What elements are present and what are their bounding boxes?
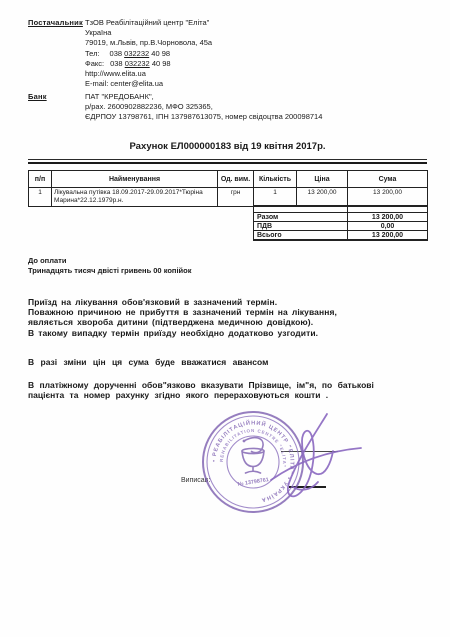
item-qty: 1 [254, 188, 297, 207]
subtotal-label: Разом [254, 213, 348, 222]
note-line: В платіжному дорученні обов"язково вказу… [28, 380, 374, 390]
amount-in-words: Тринадцять тисяч двісті гривень 00 копій… [28, 266, 191, 276]
supplier-website: http://www.elita.ua [85, 69, 212, 79]
divider-thin [28, 159, 427, 160]
totals-table: Разом 13 200,00 ПДВ 0,00 Всього 13 200,0… [253, 205, 428, 241]
items-table: п/п Найменування Од. вим. Кількість Ціна… [28, 170, 428, 207]
supplier-phone: Тел:038 032232 40 98 [85, 49, 212, 59]
payment-block: До оплати Тринадцять тисяч двісті гривен… [28, 256, 191, 275]
supplier-info: ТзОВ Реабілітаційний центр "Еліта" Украї… [85, 18, 212, 89]
bank-label: Банк [28, 92, 47, 101]
totals-row-grand: Всього 13 200,00 [254, 231, 428, 241]
item-price: 13 200,00 [297, 188, 348, 207]
payment-label: До оплати [28, 256, 191, 266]
vat-label: ПДВ [254, 222, 348, 231]
totals-row-subtotal: Разом 13 200,00 [254, 213, 428, 222]
vat-value: 0,00 [348, 222, 428, 231]
bank-account: р/рах. 2600902882236, МФО 325365, [85, 102, 322, 112]
note-line: Поважною причиною не прибуття в зазначен… [28, 307, 337, 317]
stamp-outer-circle [203, 412, 303, 512]
note-line: В такому випадку термін приїзду необхідн… [28, 328, 337, 338]
col-header-sum: Сума [348, 171, 428, 188]
totals-spacer-row [254, 206, 428, 213]
invoice-page: Постачальник ТзОВ Реабілітаційний центр … [0, 0, 450, 637]
bank-name: ПАТ "КРЕДОБАНК", [85, 92, 322, 102]
supplier-fax: Факс:038 032232 40 98 [85, 59, 212, 69]
item-num: 1 [29, 188, 52, 207]
hygieia-bowl-icon [242, 438, 264, 473]
supplier-address: 79019, м.Львів, пр.В.Чорновола, 45а [85, 38, 212, 48]
note-advance: В разі зміни цін ця сума буде вважатися … [28, 357, 268, 367]
supplier-name: ТзОВ Реабілітаційний центр "Еліта" [85, 18, 212, 28]
note-line: Приїзд на лікування обов'язковий в зазна… [28, 297, 337, 307]
col-header-qty: Кількість [254, 171, 297, 188]
subtotal-value: 13 200,00 [348, 213, 428, 222]
round-stamp: • РЕАБІЛІТАЦІЙНИЙ ЦЕНТР "ЕЛІТА" • УКРАЇН… [175, 390, 375, 525]
stamp-number: № 13798761 [237, 477, 269, 488]
note-line: являється хвороба дитини (підтверджена м… [28, 317, 337, 327]
col-header-num: п/п [29, 171, 52, 188]
col-header-unit: Од. вим. [218, 171, 254, 188]
item-sum: 13 200,00 [348, 188, 428, 207]
supplier-country: Україна [85, 28, 212, 38]
divider-thick [28, 162, 427, 164]
col-header-price: Ціна [297, 171, 348, 188]
table-row: 1 Лікувальна путівка 18.09.2017-29.09.20… [29, 188, 428, 207]
bank-info: ПАТ "КРЕДОБАНК", р/рах. 2600902882236, М… [85, 92, 322, 123]
item-unit: грн [218, 188, 254, 207]
totals-row-vat: ПДВ 0,00 [254, 222, 428, 231]
grand-total-label: Всього [254, 231, 348, 241]
bank-codes: ЄДРПОУ 13798761, ІПН 137987613075, номер… [85, 112, 322, 122]
supplier-label: Постачальник [28, 18, 83, 27]
invoice-title: Рахунок ЕЛ000000183 від 19 квітня 2017р. [28, 141, 427, 152]
item-name: Лікувальна путівка 18.09.2017-29.09.2017… [52, 188, 218, 207]
col-header-name: Найменування [52, 171, 218, 188]
items-table-header-row: п/п Найменування Од. вим. Кількість Ціна… [29, 171, 428, 188]
supplier-email: E-mail: center@elita.ua [85, 79, 212, 89]
note-arrival: Приїзд на лікування обов'язковий в зазна… [28, 297, 337, 338]
grand-total-value: 13 200,00 [348, 231, 428, 241]
